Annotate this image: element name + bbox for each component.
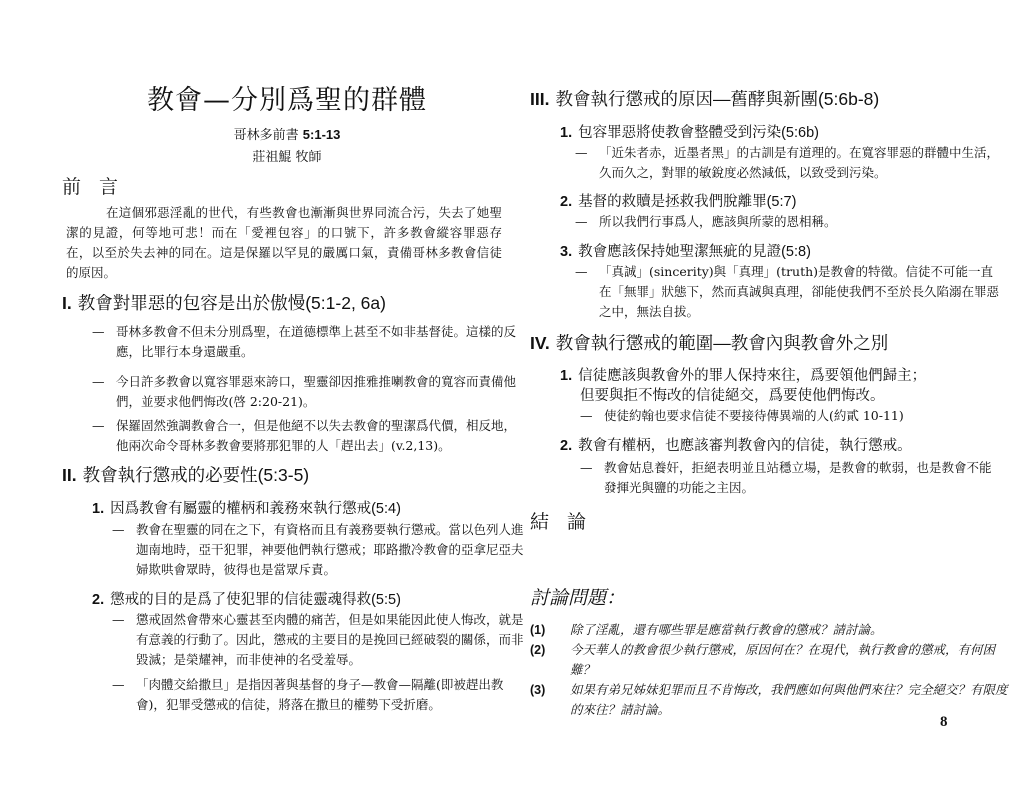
author: 莊祖鯤 牧師 [62,146,512,165]
bullet: —「真誠」(sincerity)與「真理」(truth)是教會的特徵。信徒不可能… [575,262,999,322]
bullet: —「近朱者赤，近墨者黑」的古訓是有道理的。在寬容罪惡的群體中生活，久而久之，對罪… [575,143,999,183]
section-2-heading: II.教會執行懲戒的必要性(5:3-5) [62,462,309,487]
bullet: —懲戒固然會帶來心靈甚至肉體的痛苦，但是如果能因此使人悔改，就是有意義的行動了。… [112,610,526,670]
section-1-heading: I.教會對罪惡的包容是出於傲慢(5:1-2, 6a) [62,290,386,315]
intro-heading: 前 言 [62,172,124,199]
conclusion-heading: 結 論 [530,507,592,534]
bullet: —教會在聖靈的同在之下，有資格而且有義務要執行懲戒。當以色列人進迦南地時，亞干犯… [112,520,526,580]
section-4-point-1: 1.信徒應該與教會外的罪人保持來往，爲要領他們歸主； 但要與拒不悔改的信徒絕交，… [560,366,926,406]
bullet: —保羅固然強調教會合一，但是他絕不以失去教會的聖潔爲代價，相反地，他兩次命令哥林… [92,416,526,456]
section-3-point-2: 2.基督的救贖是拯救我們脫離罪(5:7) [560,190,796,211]
bullet: —「肉體交給撒旦」是指因著與基督的身子—教會—隔離(即被趕出教會)，犯罪受懲戒的… [112,675,526,715]
discussion-question: (3)如果有弟兄姊妹犯罪而且不肯悔改，我們應如何與他們來往？完全絕交？有限度的來… [530,680,1010,720]
page-number: 8 [940,714,948,731]
bullet: —使徒約翰也要求信徒不要接待傳異端的人(約貳 10-11) [580,406,999,426]
section-2-point-2: 2.懲戒的目的是爲了使犯罪的信徒靈魂得救(5:5) [92,588,401,609]
bullet: —哥林多教會不但未分別爲聖，在道德標準上甚至不如非基督徒。這樣的反應，比罪行本身… [92,322,526,362]
discussion-heading: 討論問題： [530,583,625,610]
section-4-point-2: 2.教會有權柄，也應該審判教會內的信徒，執行懲戒。 [560,434,912,455]
document-title: 教會—分別爲聖的群體 [62,78,512,117]
bullet: —今日許多教會以寬容罪惡來誇口，聖靈卻因推雅推喇教會的寬容而責備他們，並要求他們… [92,372,526,412]
discussion-question: (2)今天華人的教會很少執行懲戒，原因何在？在現代，執行教會的懲戒，有何困難？ [530,640,1010,680]
section-4-heading: IV.教會執行懲戒的範圍—教會內與教會外之別 [530,330,888,355]
section-3-point-1: 1.包容罪惡將使教會整體受到污染(5:6b) [560,121,819,142]
section-3-heading: III.教會執行懲戒的原因—舊酵與新團(5:6b-8) [530,86,879,111]
intro-paragraph: 在這個邪惡淫亂的世代，有些教會也漸漸與世界同流合污，失去了她聖潔的見證，何等地可… [66,203,502,283]
discussion-question: (1)除了淫亂，還有哪些罪是應當執行教會的懲戒？請討論。 [530,620,1010,640]
section-2-point-1: 1.因爲教會有屬靈的權柄和義務來執行懲戒(5:4) [92,497,401,518]
bullet: —所以我們行事爲人，應該與所蒙的恩相稱。 [575,212,999,232]
bullet: —教會姑息養奸，拒絕表明並且站穩立場，是教會的軟弱，也是教會不能發揮光與鹽的功能… [580,458,999,498]
section-3-point-3: 3.教會應該保持她聖潔無疵的見證(5:8) [560,240,811,261]
scripture-reference: 哥林多前書 5:1-13 [62,124,512,143]
